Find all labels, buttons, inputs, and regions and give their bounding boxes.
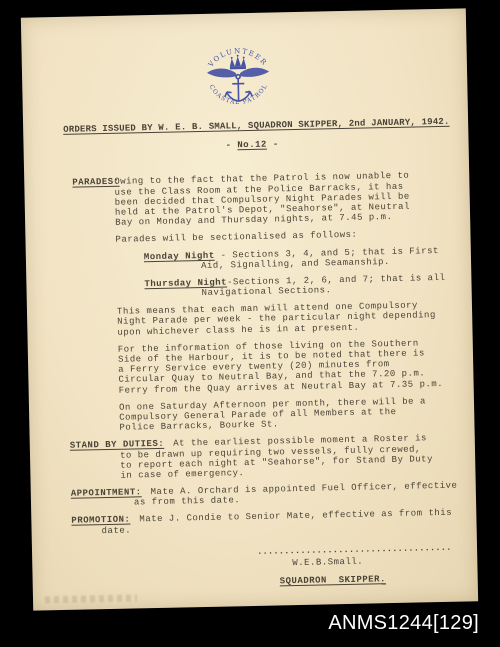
signature-block: .................................... W.E…	[257, 542, 466, 587]
parades-label: PARADES:	[72, 177, 119, 188]
paragraph: For the information of those living on t…	[68, 337, 462, 396]
section-promotion: PROMOTION:Mate J. Condie to Senior Mate,…	[71, 508, 464, 537]
promotion-label: PROMOTION:	[71, 515, 130, 526]
paragraph: On one Saturday Afternoon per month, the…	[69, 395, 463, 434]
paragraph: Owing to the fact that the Patrol is now…	[64, 170, 458, 229]
crown-icon	[230, 55, 246, 70]
paragraph-monday-night: Monday Night - Sections 3, 4, and 5; tha…	[66, 245, 459, 274]
issue-number-line: - No.12 -	[225, 136, 456, 151]
signature-name: W.E.B.Small.	[292, 555, 465, 569]
text-line: Parades will be sectionalised as follows…	[115, 228, 458, 245]
section-stand-by-duties: STAND BY DUTIES:At the earliest possible…	[70, 433, 464, 482]
paragraph: This means that each man will attend one…	[67, 300, 461, 339]
archive-reference-label: ANMS1244[129]	[328, 612, 479, 635]
section-parades: PARADES: Owing to the fact that the Patr…	[64, 170, 462, 434]
paragraph-thursday-night: Thursday Night-Sections 1, 2, 6, and 7; …	[66, 272, 459, 301]
faint-pencil-mark	[45, 594, 137, 603]
coastal-patrol-emblem: VOLUNTEER COASTAL PATROL	[195, 42, 280, 114]
appointment-label: APPOINTMENT:	[71, 487, 142, 498]
document-paper: VOLUNTEER COASTAL PATROL	[21, 8, 478, 610]
orders-title: ORDERS ISSUED BY W. E. B. SMALL, SQUADRO…	[63, 117, 456, 135]
orders-body: PARADES: Owing to the fact that the Patr…	[64, 170, 466, 591]
scanned-document-photo: VOLUNTEER COASTAL PATROL	[0, 0, 500, 647]
issue-number: No.12	[237, 140, 267, 151]
signature-role: SQUADRON SKIPPER.	[280, 573, 466, 587]
section-appointment: APPOINTMENT:Mate A. Orchard is appointed…	[71, 481, 464, 510]
paragraph: Parades will be sectionalised as follows…	[65, 228, 458, 246]
issue-dash-left: -	[225, 140, 237, 150]
issue-dash-right: -	[267, 140, 279, 150]
